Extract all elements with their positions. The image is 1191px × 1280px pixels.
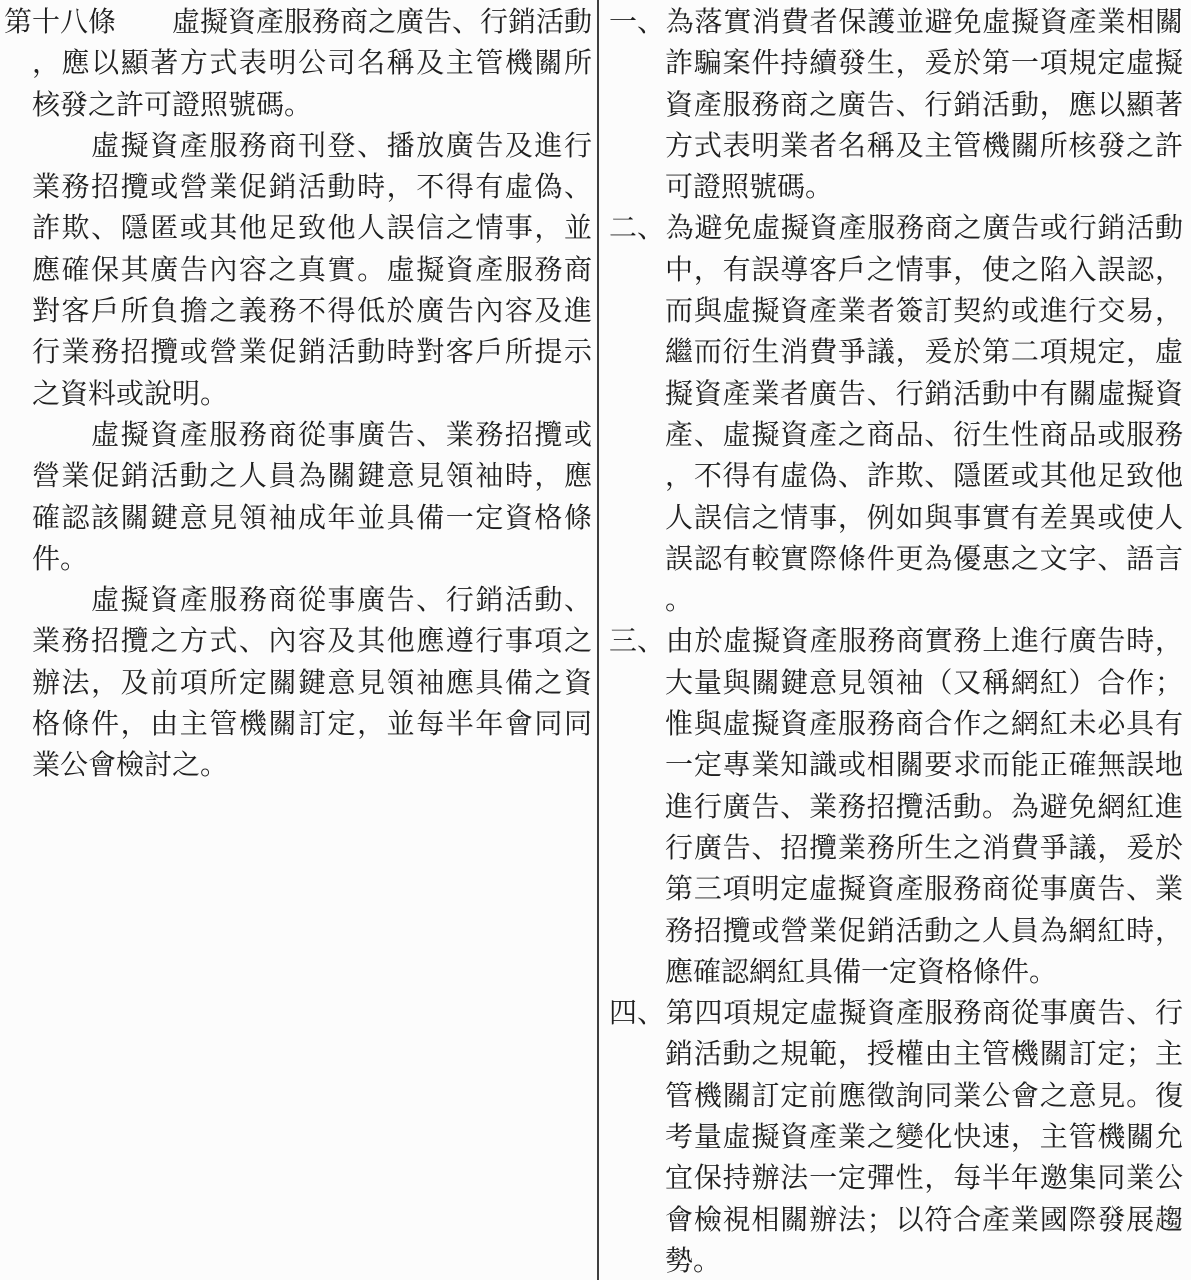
text-line: 誤認有較實際條件更為優惠之文字、語言 — [609, 539, 1183, 580]
text-line: 而與虛擬資產業者簽訂契約或進行交易， — [609, 291, 1183, 332]
explanation-column: 一、為落實消費者保護並避免虛擬資產業相關詐騙案件持續發生，爰於第一項規定虛擬資產… — [599, 0, 1191, 1280]
text-line: 可證照號碼。 — [609, 167, 1183, 208]
text-line: 四、第四項規定虛擬資產服務商從事廣告、行 — [609, 993, 1183, 1034]
text-line: 一定專業知識或相關要求而能正確無誤地 — [609, 745, 1183, 786]
text-line: 虛擬資產服務商刊登、播放廣告及進行 — [4, 126, 592, 167]
text-line: 一、為落實消費者保護並避免虛擬資產業相關 — [609, 2, 1183, 43]
item-number-marker: 一、 — [609, 2, 665, 43]
text-line: 營業促銷活動之人員為關鍵意見領袖時，應 — [4, 456, 592, 497]
text-line: 詐欺、隱匿或其他足致他人誤信之情事，並 — [4, 208, 592, 249]
text-line: 進行廣告、業務招攬活動。為避免網紅進 — [609, 787, 1183, 828]
text-line: 惟與虛擬資產服務商合作之網紅未必具有 — [609, 704, 1183, 745]
text-line: 行業務招攬或營業促銷活動時對客戶所提示 — [4, 332, 592, 373]
text-line: 應確保其廣告內容之真實。虛擬資產服務商 — [4, 250, 592, 291]
text-line: 中，有誤導客戶之情事，使之陷入誤認， — [609, 250, 1183, 291]
text-line: 二、為避免虛擬資產服務商之廣告或行銷活動 — [609, 208, 1183, 249]
text-line: 會檢視相關辦法；以符合產業國際發展趨 — [609, 1200, 1183, 1241]
text-line: 人誤信之情事，例如與事實有差異或使人 — [609, 498, 1183, 539]
text-line: 詐騙案件持續發生，爰於第一項規定虛擬 — [609, 43, 1183, 84]
article-column: 第十八條 虛擬資產服務商之廣告、行銷活動，應以顯著方式表明公司名稱及主管機關所核… — [0, 0, 597, 1280]
text-line: 大量與關鍵意見領袖（又稱網紅）合作； — [609, 663, 1183, 704]
text-line: 繼而衍生消費爭議，爰於第二項規定，虛 — [609, 332, 1183, 373]
document-page: 第十八條 虛擬資產服務商之廣告、行銷活動，應以顯著方式表明公司名稱及主管機關所核… — [0, 0, 1191, 1280]
text-line: 考量虛擬資產業之變化快速，主管機關允 — [609, 1117, 1183, 1158]
item-number-marker: 四、 — [609, 993, 665, 1034]
text-line: 擬資產業者廣告、行銷活動中有關虛擬資 — [609, 374, 1183, 415]
text-line: 銷活動之規範，授權由主管機關訂定；主 — [609, 1034, 1183, 1075]
text-line: ，應以顯著方式表明公司名稱及主管機關所 — [4, 43, 592, 84]
text-line: ，不得有虛偽、詐欺、隱匿或其他足致他 — [609, 456, 1183, 497]
text-line: 資產服務商之廣告、行銷活動，應以顯著 — [609, 85, 1183, 126]
item-number-marker: 三、 — [609, 621, 665, 662]
text-line: 確認該關鍵意見領袖成年並具備一定資格條 — [4, 498, 592, 539]
text-line: 管機關訂定前應徵詢同業公會之意見。復 — [609, 1076, 1183, 1117]
text-line: 第十八條 虛擬資產服務商之廣告、行銷活動 — [4, 2, 592, 43]
text-line: 件。 — [4, 539, 592, 580]
text-line: 應確認網紅具備一定資格條件。 — [609, 952, 1183, 993]
text-line: 務招攬或營業促銷活動之人員為網紅時， — [609, 911, 1183, 952]
text-line: 產、虛擬資產之商品、衍生性商品或服務 — [609, 415, 1183, 456]
text-line: 宜保持辦法一定彈性，每半年邀集同業公 — [609, 1158, 1183, 1199]
text-line: 核發之許可證照號碼。 — [4, 85, 592, 126]
text-line: 。 — [609, 580, 1183, 621]
text-line: 業公會檢討之。 — [4, 745, 592, 786]
text-line: 虛擬資產服務商從事廣告、業務招攬或 — [4, 415, 592, 456]
text-line: 之資料或說明。 — [4, 374, 592, 415]
text-line: 方式表明業者名稱及主管機關所核發之許 — [609, 126, 1183, 167]
text-line: 格條件，由主管機關訂定，並每半年會同同 — [4, 704, 592, 745]
text-line: 辦法，及前項所定關鍵意見領袖應具備之資 — [4, 663, 592, 704]
text-line: 勢。 — [609, 1241, 1183, 1280]
text-line: 行廣告、招攬業務所生之消費爭議，爰於 — [609, 828, 1183, 869]
text-line: 業務招攬或營業促銷活動時，不得有虛偽、 — [4, 167, 592, 208]
text-line: 第三項明定虛擬資產服務商從事廣告、業 — [609, 869, 1183, 910]
text-line: 對客戶所負擔之義務不得低於廣告內容及進 — [4, 291, 592, 332]
text-line: 業務招攬之方式、內容及其他應遵行事項之 — [4, 621, 592, 662]
text-line: 三、由於虛擬資產服務商實務上進行廣告時， — [609, 621, 1183, 662]
item-number-marker: 二、 — [609, 208, 665, 249]
text-line: 虛擬資產服務商從事廣告、行銷活動、 — [4, 580, 592, 621]
